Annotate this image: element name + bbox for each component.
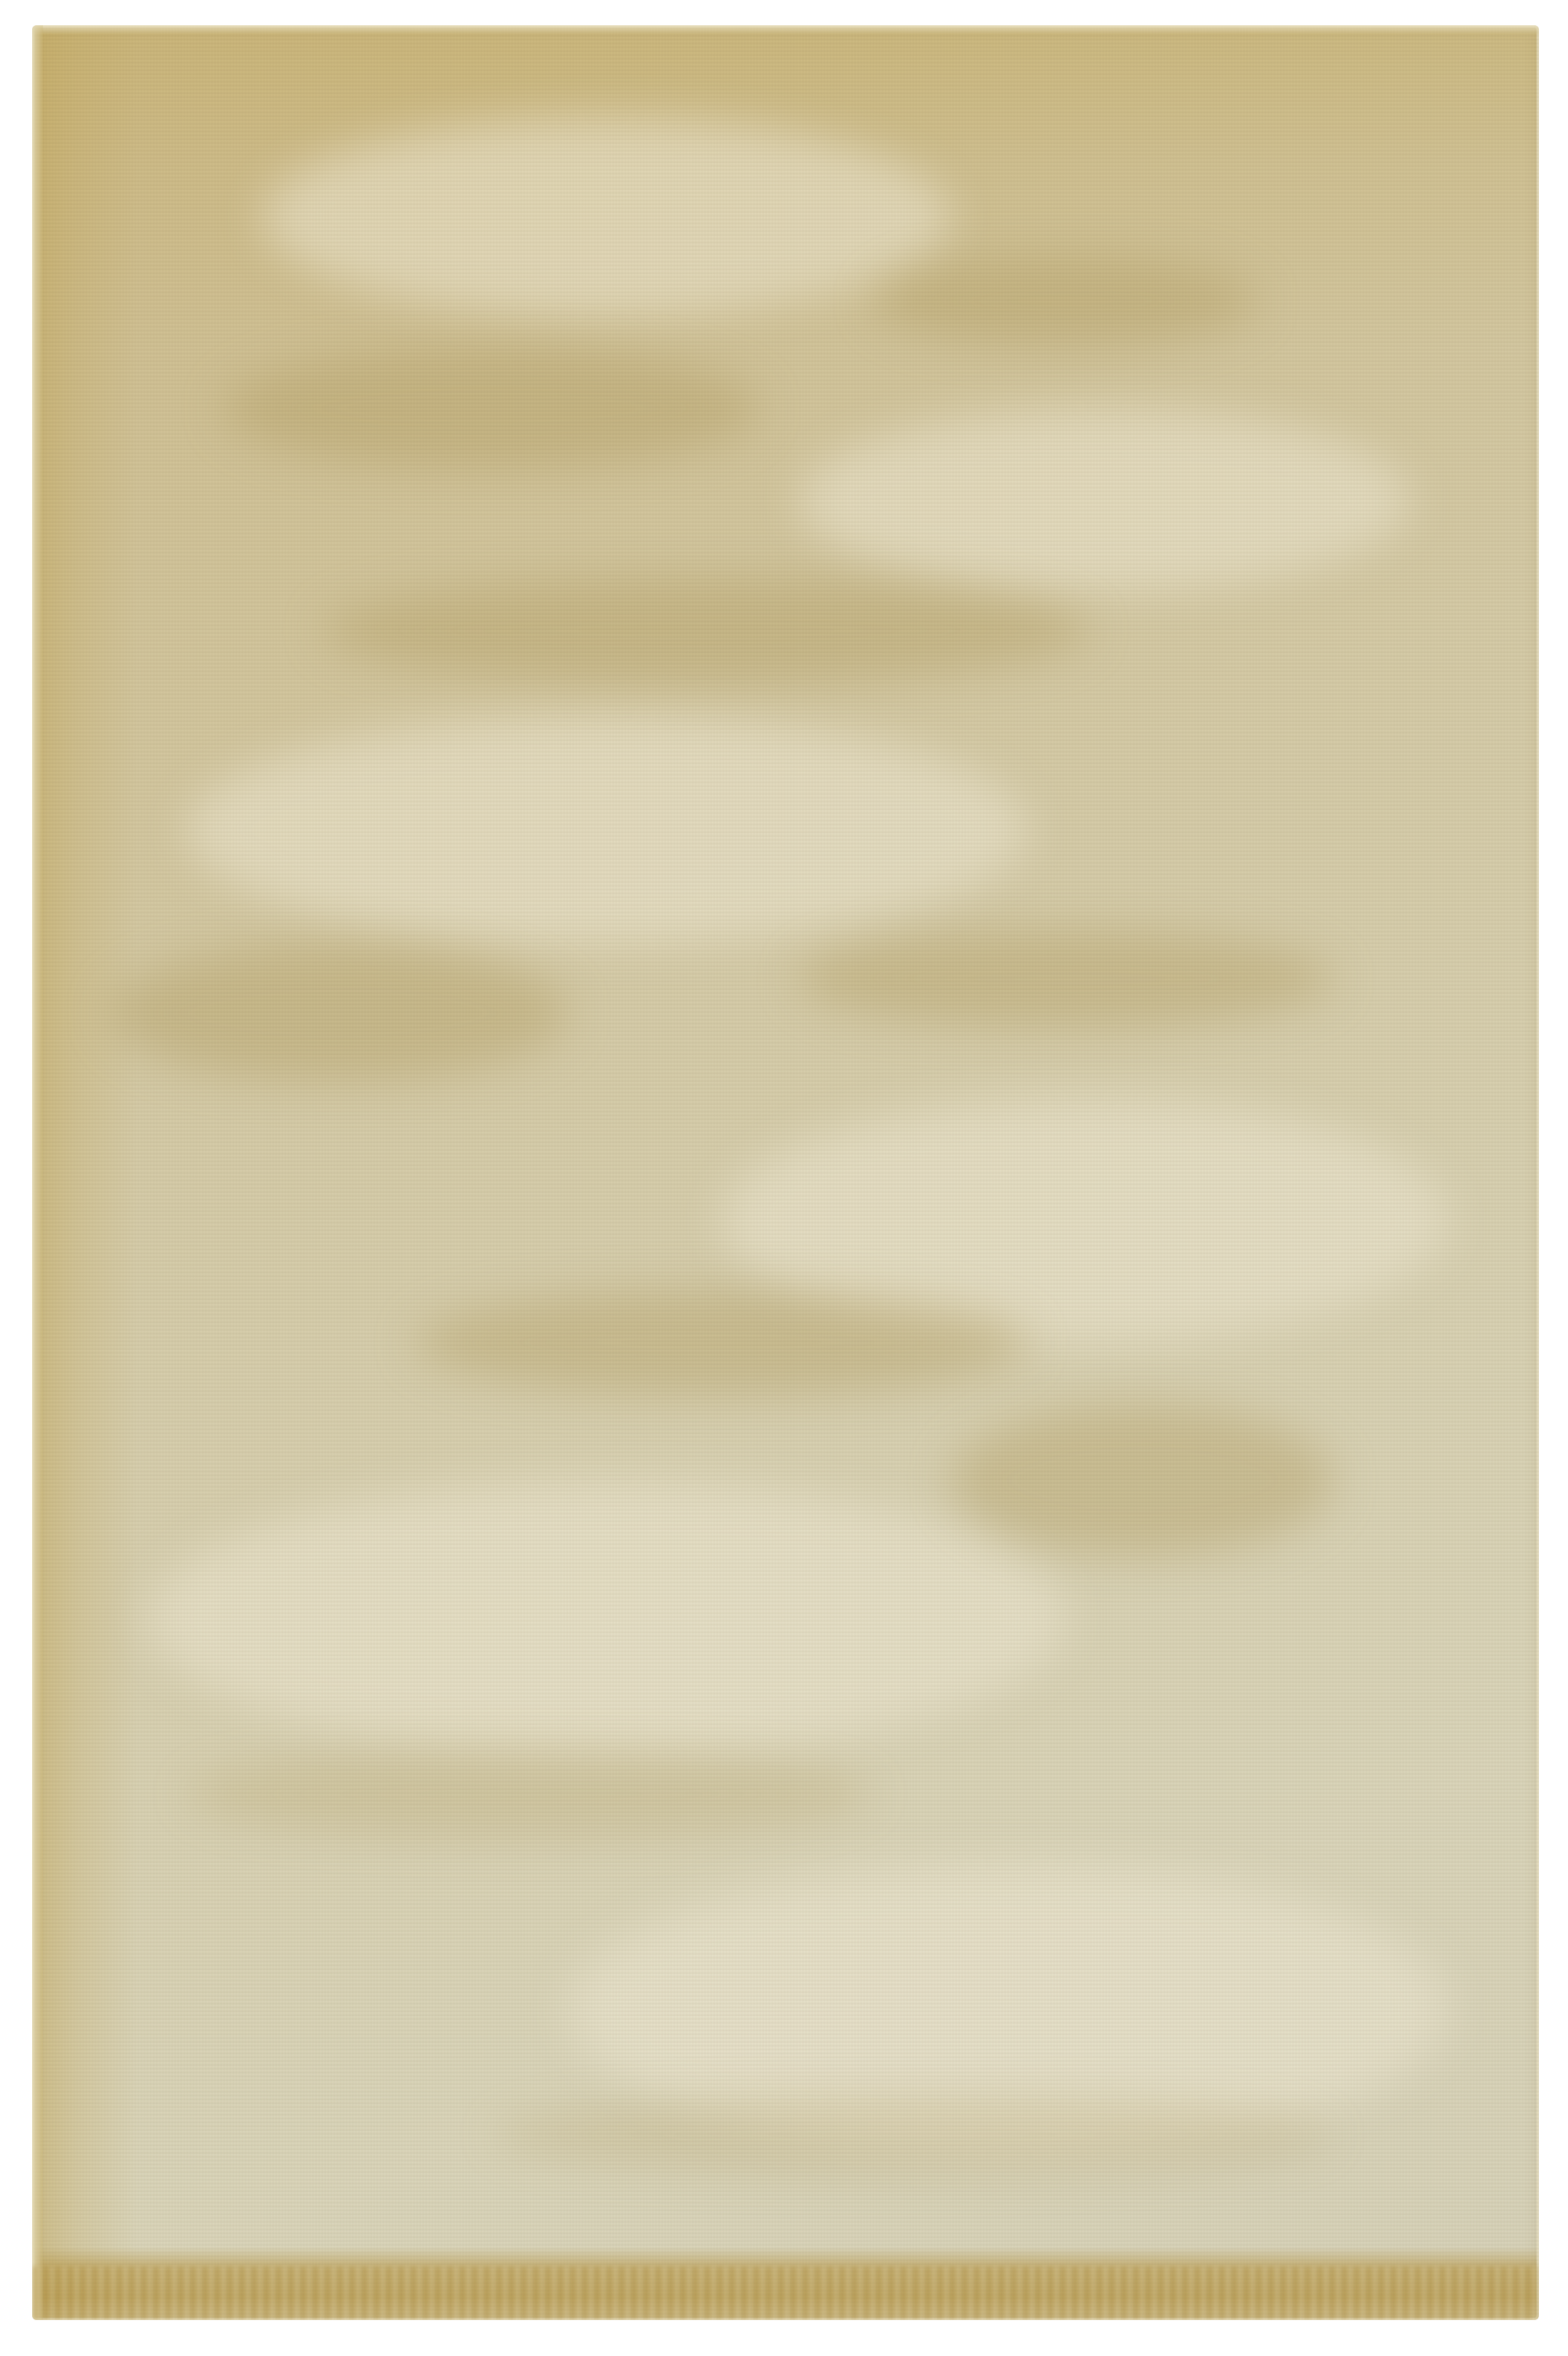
rug-pile-texture	[32, 25, 1539, 2320]
rug-shadow	[951, 1403, 1334, 1557]
photo-canvas	[0, 0, 1568, 2356]
rug-edge-top	[32, 25, 1539, 34]
rug-sheen	[185, 714, 1027, 944]
rug-shadow	[185, 1748, 874, 1840]
rug-shadow	[874, 255, 1257, 347]
rug-sheen	[147, 1480, 1066, 1756]
rug-edge-bottom	[32, 2266, 1539, 2320]
rug-shadow	[224, 347, 759, 469]
rug-shadow	[492, 2093, 1334, 2177]
rug-shadow	[798, 929, 1334, 1028]
rug-sheen	[798, 408, 1410, 592]
rug-shadow	[415, 1289, 1027, 1396]
rug-sheen	[262, 117, 951, 316]
rug-shadow	[323, 577, 1089, 684]
rug-sheen	[721, 1097, 1449, 1342]
rug-shadow	[109, 944, 568, 1082]
rug-sheen	[568, 1863, 1449, 2154]
rug	[32, 25, 1539, 2320]
rug-edge-left	[32, 25, 43, 2320]
